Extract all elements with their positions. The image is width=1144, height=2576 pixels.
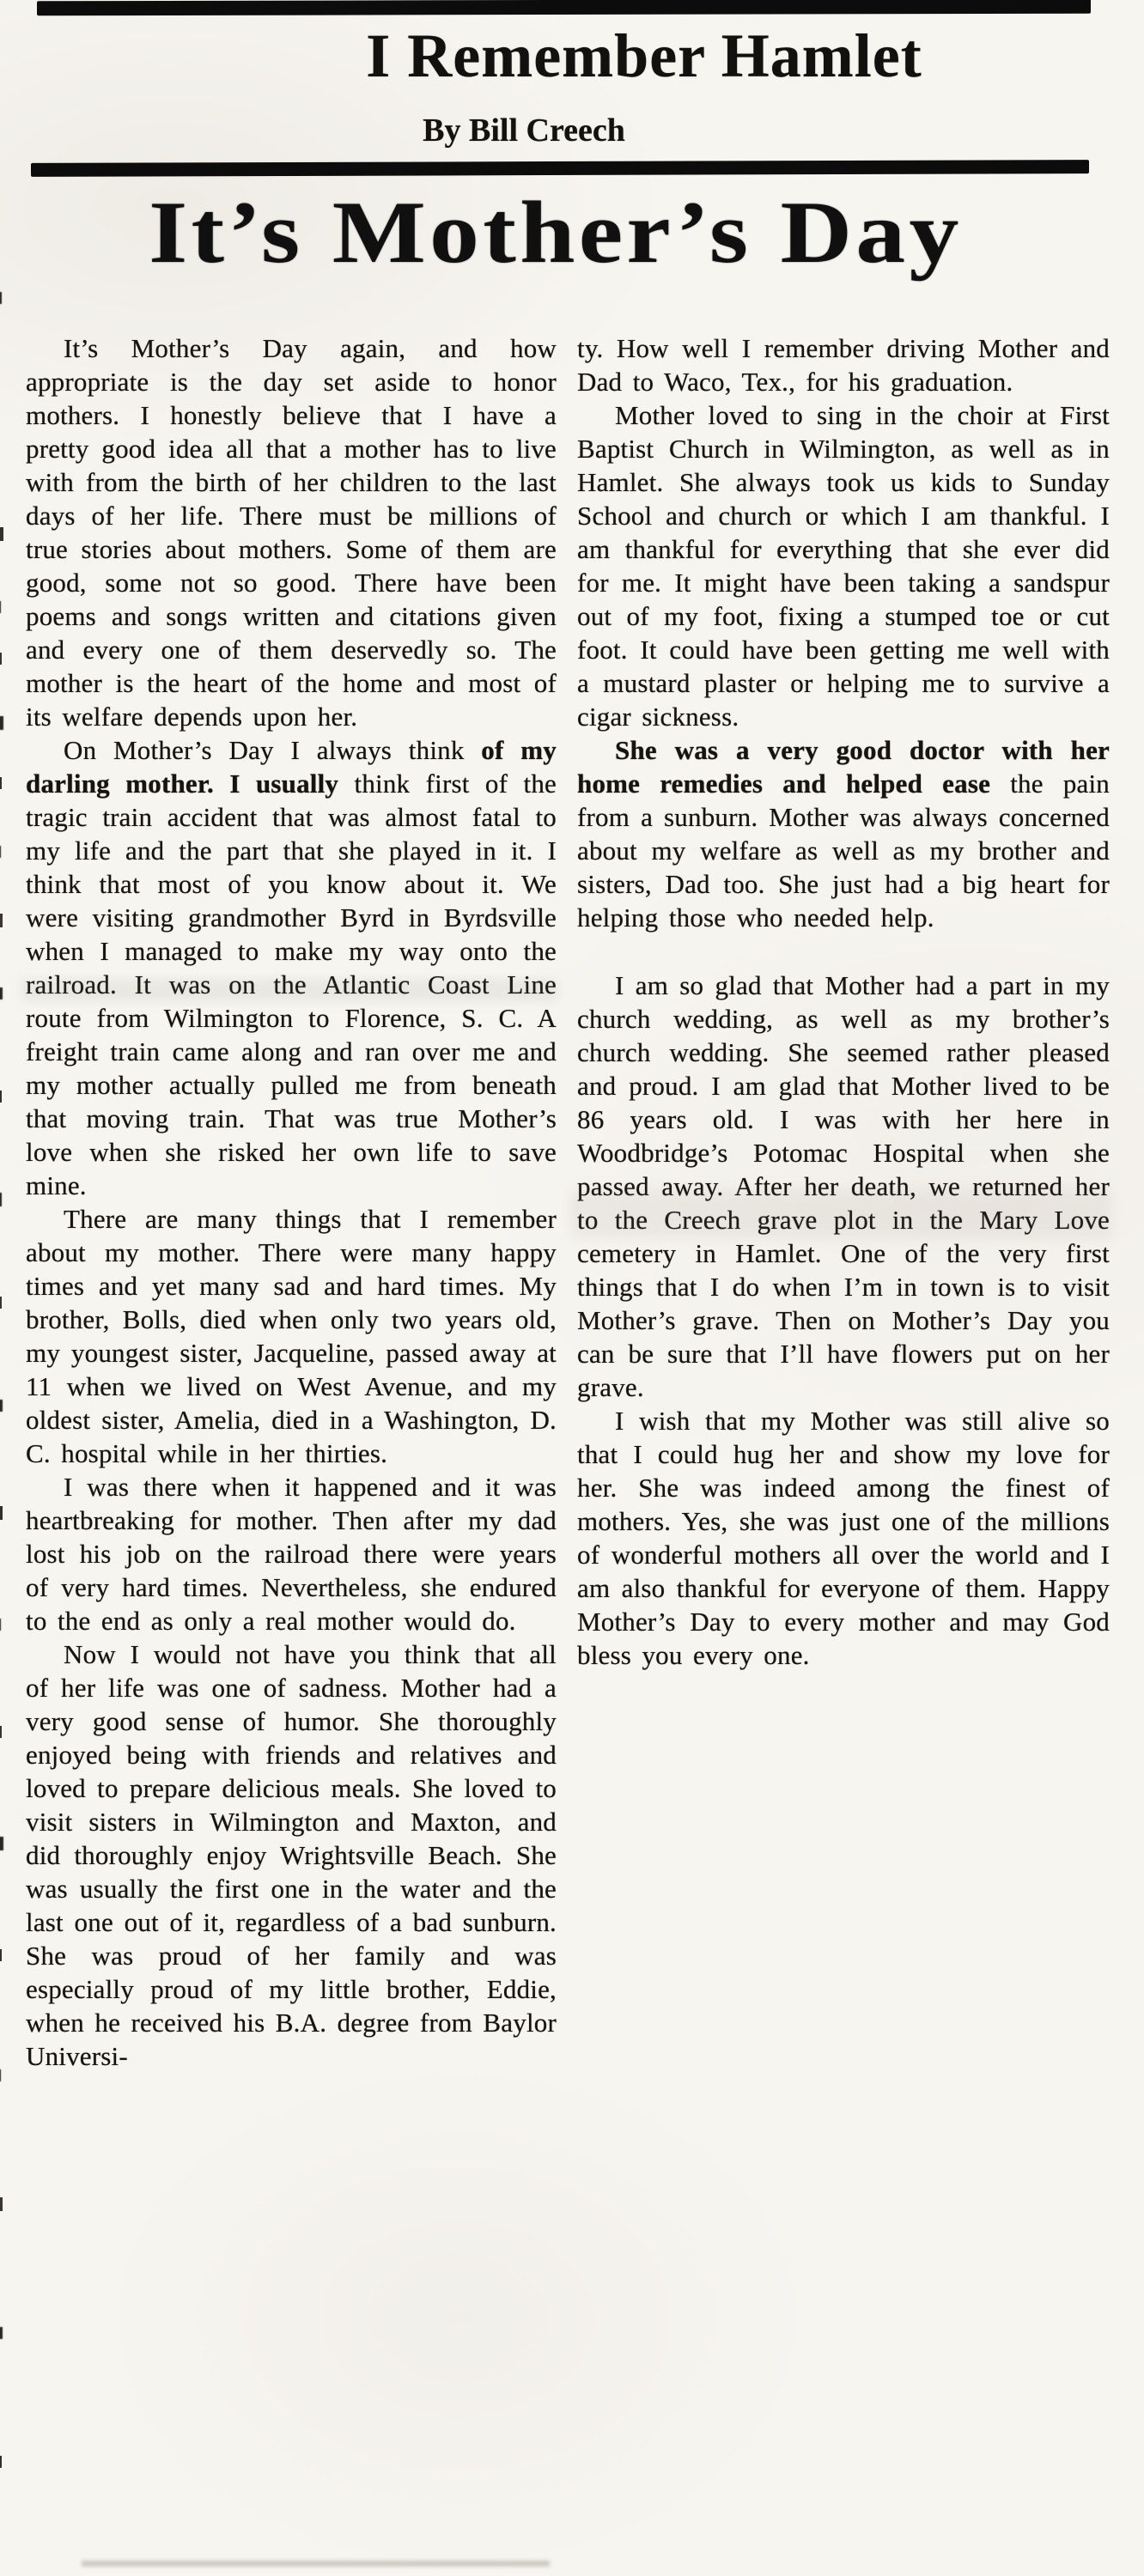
article-paragraph: Now I would not have you think that all … xyxy=(26,1637,557,2073)
article-paragraph: I am so glad that Mother had a part in m… xyxy=(577,969,1110,1404)
byline-row: By Bill Creech xyxy=(0,112,1144,149)
article-paragraph: It’s Mother’s Day again, and how appropr… xyxy=(26,331,557,733)
byline: By Bill Creech xyxy=(423,112,625,149)
article-paragraph: ty. How well I remember driving Mother a… xyxy=(577,331,1110,398)
article-column-1: It’s Mother’s Day again, and how appropr… xyxy=(26,331,557,2073)
article-body: It’s Mother’s Day again, and how appropr… xyxy=(26,331,1110,2073)
article-paragraph: I was there when it happened and it was … xyxy=(26,1470,557,1637)
column-title: I Remember Hamlet xyxy=(366,21,922,92)
article-paragraph: Mother loved to sing in the choir at Fir… xyxy=(577,398,1110,733)
article-paragraph: There are many things that I remember ab… xyxy=(26,1202,557,1470)
newspaper-clipping-page: I Remember Hamlet By Bill Creech It’s Mo… xyxy=(0,0,1144,2576)
divider-rule xyxy=(31,160,1089,177)
article-paragraph: She was a very good doctor with her home… xyxy=(577,733,1110,934)
scan-smudge-bottom xyxy=(82,2561,550,2567)
article-paragraph: I wish that my Mother was still alive so… xyxy=(577,1404,1110,1672)
article-paragraph: On Mother’s Day I always think of my dar… xyxy=(26,733,557,1202)
article-column-2: ty. How well I remember driving Mother a… xyxy=(577,331,1110,2073)
top-rule xyxy=(37,0,1091,15)
headline-row: It’s Mother’s Day xyxy=(0,182,1144,283)
article-headline: It’s Mother’s Day xyxy=(149,182,963,283)
masthead: I Remember Hamlet xyxy=(0,21,1144,92)
